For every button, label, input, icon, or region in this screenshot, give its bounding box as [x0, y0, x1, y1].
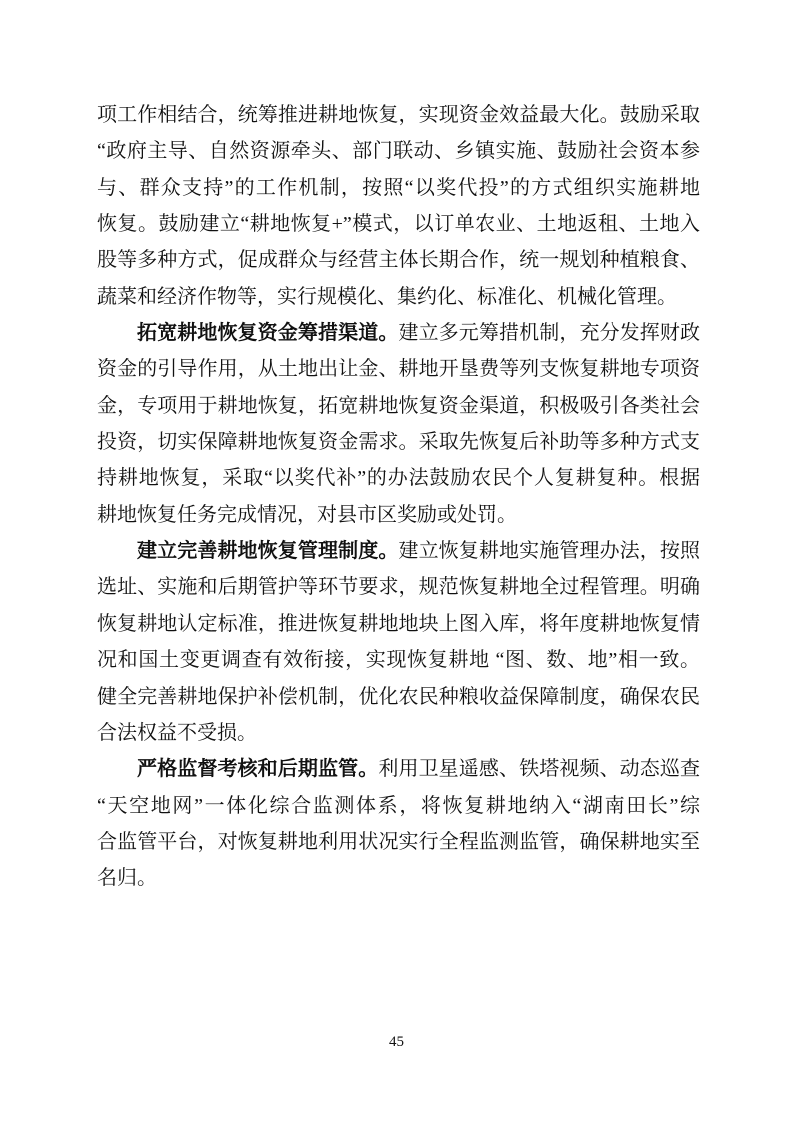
- text-line: 与、群众支持”的工作机制，按照“以奖代投”的方式组织实施耕地: [97, 170, 700, 206]
- document-body: 项工作相结合，统筹推进耕地恢复，实现资金效益最大化。鼓励采取“政府主导、自然资源…: [97, 97, 700, 897]
- body-text: 项工作相结合，统筹推进耕地恢复，实现资金效益最大化。鼓励采取: [97, 104, 700, 126]
- bold-lead-text: 建立完善耕地恢复管理制度。: [137, 540, 398, 562]
- body-text: 蔬菜和经济作物等，实行规模化、集约化、标准化、机械化管理。: [97, 286, 677, 308]
- text-line: 拓宽耕地恢复资金筹措渠道。建立多元筹措机制，充分发挥财政: [97, 315, 700, 351]
- text-line: 资金的引导作用，从土地出让金、耕地开垦费等列支恢复耕地专项资: [97, 351, 700, 387]
- text-line: 持耕地恢复，采取“以奖代补”的办法鼓励农民个人复耕复种。根据: [97, 460, 700, 496]
- text-line: 金，专项用于耕地恢复，拓宽耕地恢复资金渠道，积极吸引各类社会: [97, 388, 700, 424]
- body-text: 资金的引导作用，从土地出让金、耕地开垦费等列支恢复耕地专项资: [97, 358, 700, 380]
- text-line: 严格监督考核和后期监管。利用卫星遥感、铁塔视频、动态巡查: [97, 751, 700, 787]
- text-line: 合法权益不受损。: [97, 715, 700, 751]
- body-text: “天空地网”一体化综合监测体系，将恢复耕地纳入“湖南田长”综: [97, 795, 700, 817]
- body-text: 耕地恢复任务完成情况，对县市区奖励或处罚。: [97, 504, 517, 526]
- text-line: “政府主导、自然资源牵头、部门联动、乡镇实施、鼓励社会资本参: [97, 133, 700, 169]
- paragraph: 项工作相结合，统筹推进耕地恢复，实现资金效益最大化。鼓励采取“政府主导、自然资源…: [97, 97, 700, 315]
- body-text: 建立恢复耕地实施管理办法，按照: [398, 540, 700, 562]
- body-text: 与、群众支持”的工作机制，按照“以奖代投”的方式组织实施耕地: [97, 177, 700, 199]
- text-line: “天空地网”一体化综合监测体系，将恢复耕地纳入“湖南田长”综: [97, 788, 700, 824]
- text-line: 蔬菜和经济作物等，实行规模化、集约化、标准化、机械化管理。: [97, 279, 700, 315]
- text-line: 项工作相结合，统筹推进耕地恢复，实现资金效益最大化。鼓励采取: [97, 97, 700, 133]
- document-page: 项工作相结合，统筹推进耕地恢复，实现资金效益最大化。鼓励采取“政府主导、自然资源…: [0, 0, 793, 1122]
- text-line: 名归。: [97, 860, 700, 896]
- body-text: 况和国土变更调查有效衔接，实现恢复耕地 “图、数、地”相一致。: [97, 649, 700, 671]
- bold-lead-text: 拓宽耕地恢复资金筹措渠道。: [137, 322, 398, 344]
- body-text: 健全完善耕地保护补偿机制，优化农民种粮收益保障制度，确保农民: [97, 686, 700, 708]
- body-text: 合监管平台，对恢复耕地利用状况实行全程监测监管，确保耕地实至: [97, 831, 700, 853]
- text-line: 股等多种方式，促成群众与经营主体长期合作，统一规划种植粮食、: [97, 242, 700, 278]
- body-text: 投资，切实保障耕地恢复资金需求。采取先恢复后补助等多种方式支: [97, 431, 700, 453]
- body-text: 选址、实施和后期管护等环节要求，规范恢复耕地全过程管理。明确: [97, 576, 700, 598]
- body-text: “政府主导、自然资源牵头、部门联动、乡镇实施、鼓励社会资本参: [97, 140, 700, 162]
- paragraph: 建立完善耕地恢复管理制度。建立恢复耕地实施管理办法，按照选址、实施和后期管护等环…: [97, 533, 700, 751]
- body-text: 金，专项用于耕地恢复，拓宽耕地恢复资金渠道，积极吸引各类社会: [97, 395, 700, 417]
- text-line: 选址、实施和后期管护等环节要求，规范恢复耕地全过程管理。明确: [97, 569, 700, 605]
- body-text: 恢复耕地认定标准，推进恢复耕地地块上图入库，将年度耕地恢复情: [97, 613, 700, 635]
- paragraph: 拓宽耕地恢复资金筹措渠道。建立多元筹措机制，充分发挥财政资金的引导作用，从土地出…: [97, 315, 700, 533]
- page-number: 45: [389, 1034, 404, 1050]
- text-line: 建立完善耕地恢复管理制度。建立恢复耕地实施管理办法，按照: [97, 533, 700, 569]
- text-line: 耕地恢复任务完成情况，对县市区奖励或处罚。: [97, 497, 700, 533]
- page-footer: 45: [0, 1032, 793, 1052]
- text-line: 合监管平台，对恢复耕地利用状况实行全程监测监管，确保耕地实至: [97, 824, 700, 860]
- body-text: 持耕地恢复，采取“以奖代补”的办法鼓励农民个人复耕复种。根据: [97, 467, 700, 489]
- body-text: 建立多元筹措机制，充分发挥财政: [398, 322, 700, 344]
- bold-lead-text: 严格监督考核和后期监管。: [137, 758, 378, 780]
- text-line: 恢复。鼓励建立“耕地恢复+”模式，以订单农业、土地返租、土地入: [97, 206, 700, 242]
- body-text: 名归。: [97, 867, 157, 889]
- body-text: 恢复。鼓励建立“耕地恢复+”模式，以订单农业、土地返租、土地入: [97, 213, 700, 235]
- text-line: 投资，切实保障耕地恢复资金需求。采取先恢复后补助等多种方式支: [97, 424, 700, 460]
- body-text: 股等多种方式，促成群众与经营主体长期合作，统一规划种植粮食、: [97, 249, 700, 271]
- text-line: 恢复耕地认定标准，推进恢复耕地地块上图入库，将年度耕地恢复情: [97, 606, 700, 642]
- text-line: 健全完善耕地保护补偿机制，优化农民种粮收益保障制度，确保农民: [97, 679, 700, 715]
- body-text: 利用卫星遥感、铁塔视频、动态巡查: [378, 758, 700, 780]
- text-line: 况和国土变更调查有效衔接，实现恢复耕地 “图、数、地”相一致。: [97, 642, 700, 678]
- body-text: 合法权益不受损。: [97, 722, 257, 744]
- paragraph: 严格监督考核和后期监管。利用卫星遥感、铁塔视频、动态巡查“天空地网”一体化综合监…: [97, 751, 700, 896]
